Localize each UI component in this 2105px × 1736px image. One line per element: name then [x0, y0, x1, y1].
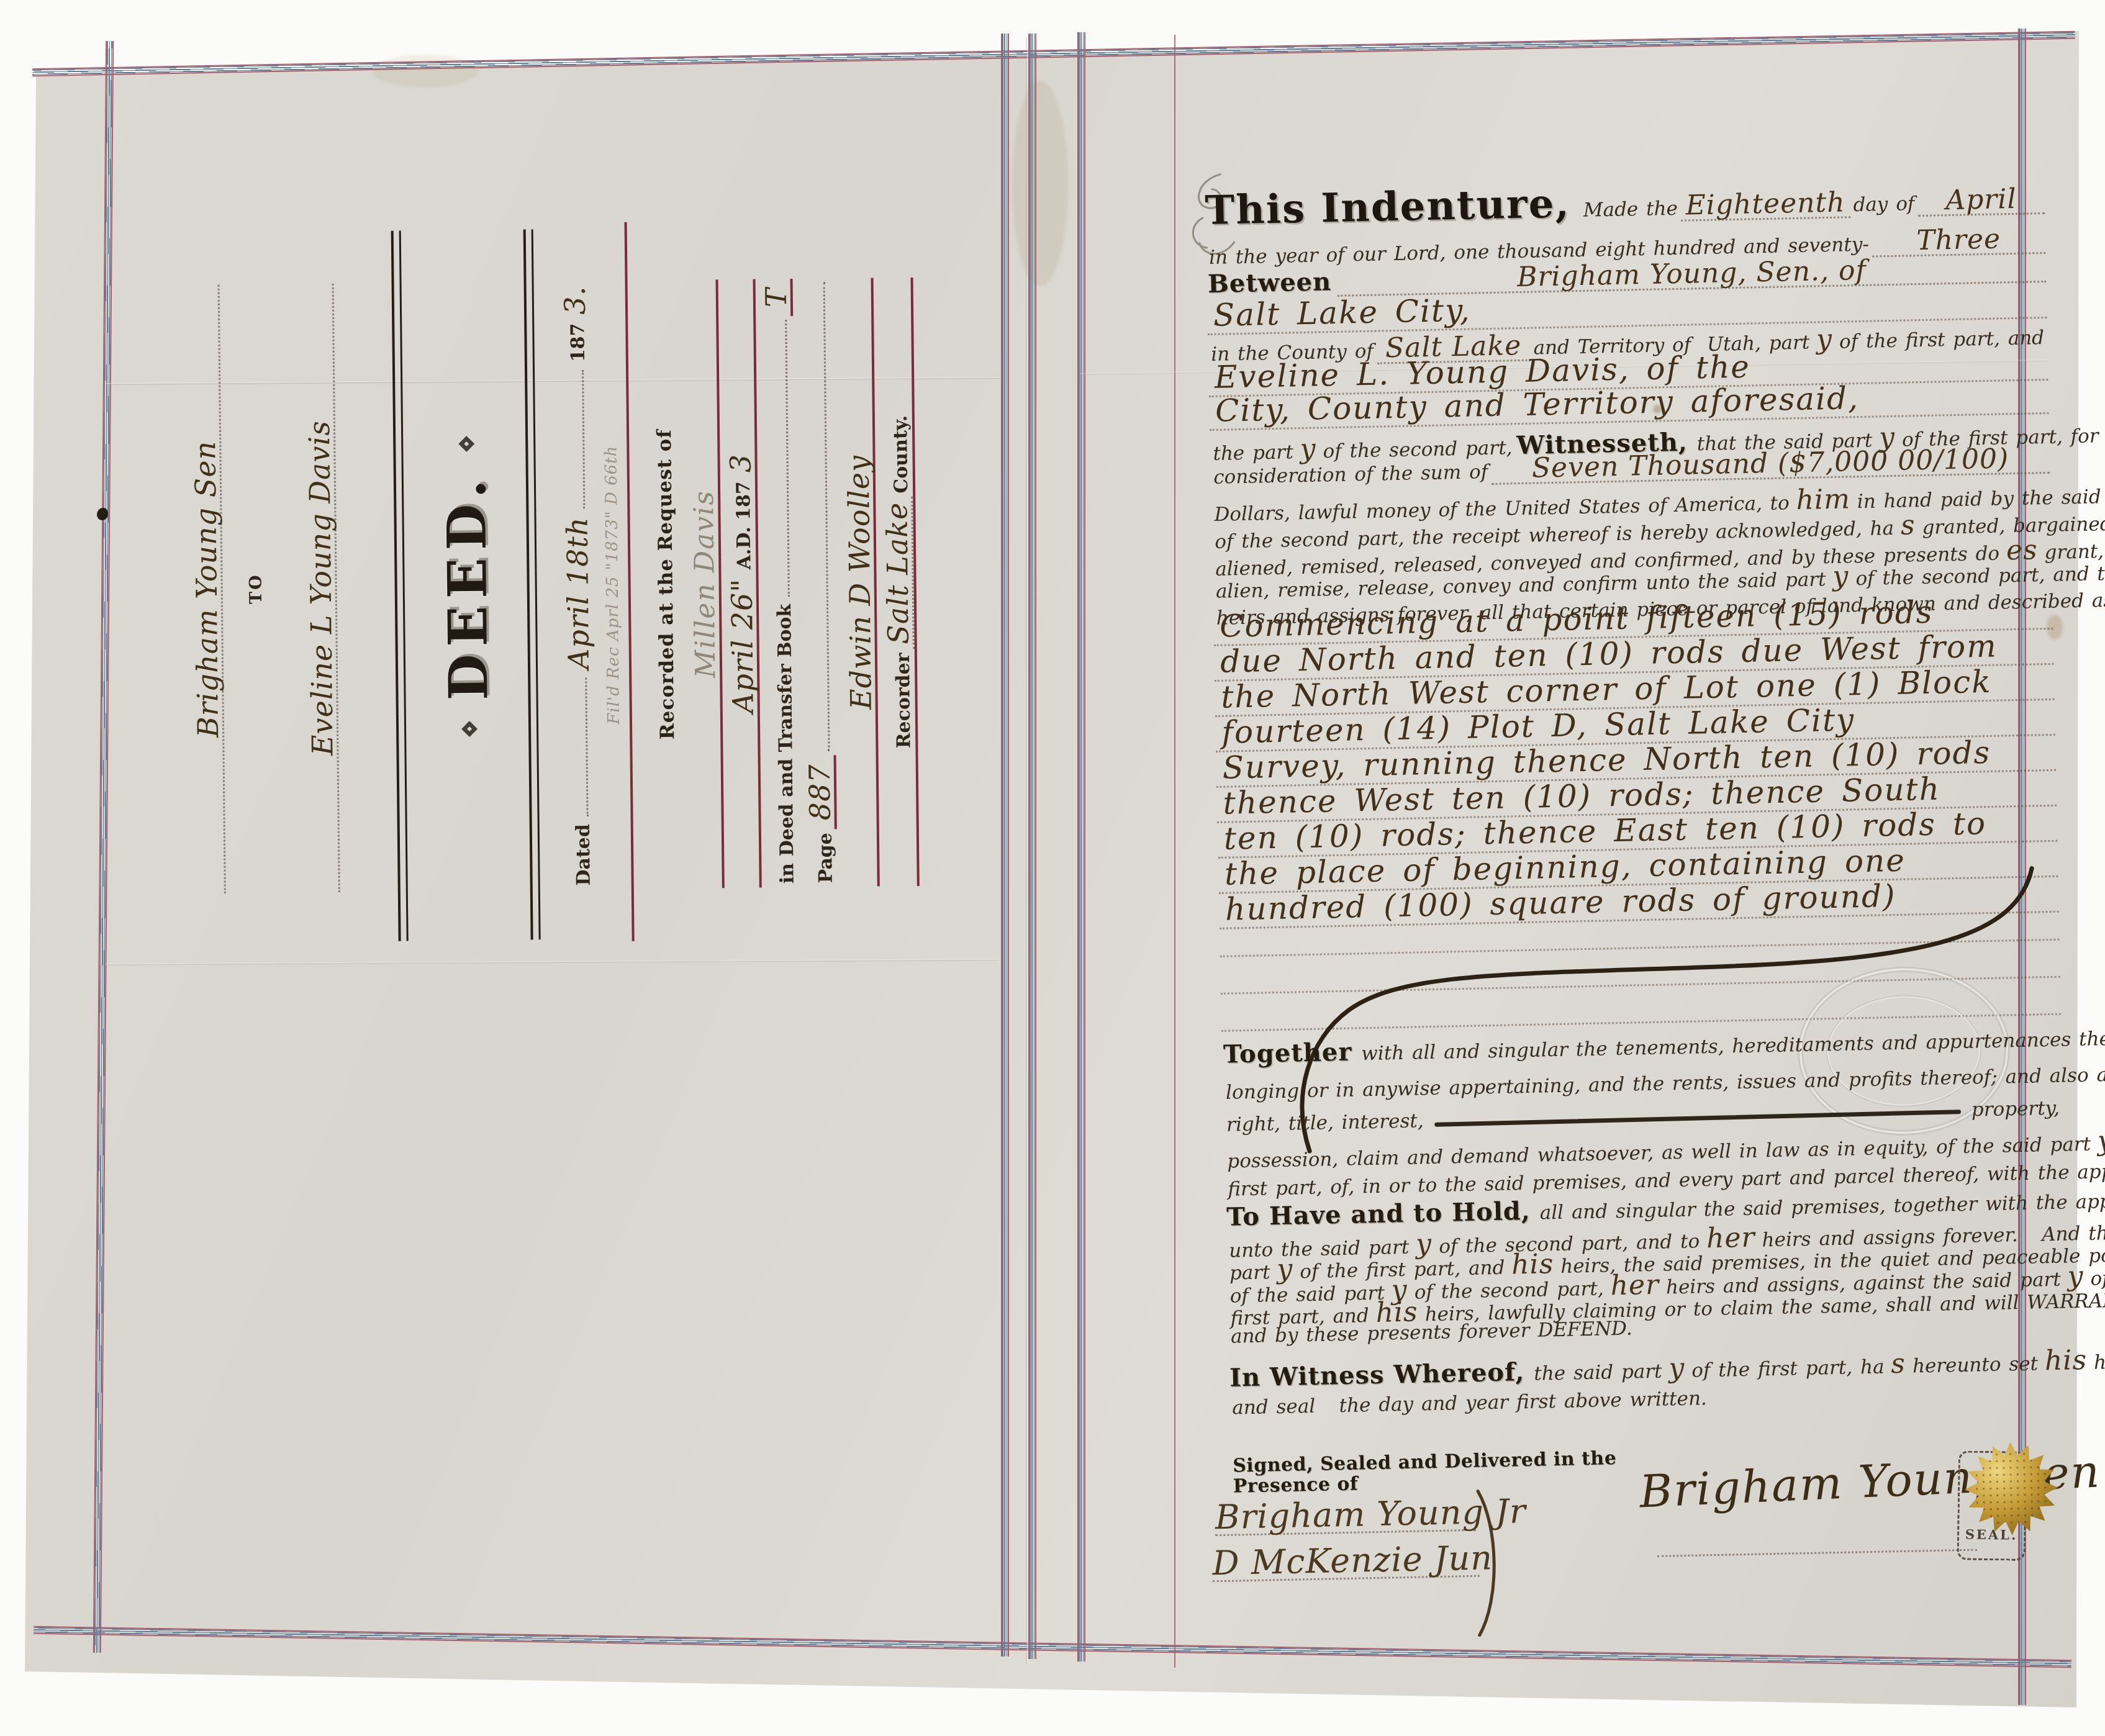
- witness-signature-1: Brigham Young Jr: [1215, 1492, 1476, 1536]
- border-rule: [1001, 34, 1009, 1657]
- text-segment: Eighteenth: [1680, 189, 1850, 221]
- text-segment: hereunto set: [1909, 1352, 2042, 1378]
- center-fold: [1026, 37, 1028, 1664]
- docket-title-row: DEED.: [419, 282, 518, 892]
- presence-label: Signed, Sealed and Delivered in the Pres…: [1233, 1448, 1618, 1496]
- text-segment: Fil'd Rec Aprl 25 "1873" D 66th: [603, 445, 622, 724]
- text-segment: Eveline L Young Davis: [305, 415, 337, 761]
- text-segment: 3.: [561, 281, 590, 319]
- text-segment: of the: [2087, 1266, 2105, 1291]
- docket-maroon-rule: [625, 222, 635, 941]
- text-segment: Edwin D Woolley: [844, 450, 875, 715]
- text-segment: property,: [1968, 1096, 2063, 1123]
- docket-book-row: in Deed and Transfer BookT: [761, 279, 799, 887]
- paper-stain: [373, 55, 478, 87]
- text-segment: T: [762, 279, 794, 316]
- text-segment: consideration of the sum of: [1210, 460, 1492, 490]
- deed-title: DEED.: [440, 454, 496, 718]
- text-segment: Recorder: [892, 649, 916, 752]
- text-segment: This Indenture,: [1205, 186, 1580, 229]
- docket-page-row: Page887: [799, 278, 838, 887]
- text-segment: the said part: [1531, 1360, 1665, 1386]
- docket-grantor: Brigham Young Sen: [166, 285, 226, 894]
- text-segment: of the first part, ha: [1688, 1355, 1888, 1383]
- printer-ornament-icon: [455, 433, 478, 455]
- text-segment: [823, 282, 830, 751]
- text-segment: 887: [805, 755, 837, 829]
- docket-dated-row: DatedApril 18th1873.: [550, 281, 595, 890]
- text-segment: hand: [2091, 1350, 2105, 1375]
- docket-recorder-signature: Edwin D Woolley: [836, 278, 880, 887]
- text-segment: of the second part, and to: [1852, 562, 2105, 591]
- border-rule: [1077, 32, 1085, 1661]
- docket-pencil-note: Fil'd Rec Aprl 25 "1873" D 66th: [593, 281, 624, 889]
- docket-panel: Brigham Young Sen TO Eveline L Young Dav…: [135, 196, 981, 962]
- text-segment: [585, 678, 588, 816]
- text-segment: his: [2041, 1347, 2091, 1375]
- witness-brace: [1473, 1488, 1503, 1638]
- text-segment: County.: [890, 412, 913, 497]
- text-segment: [785, 320, 790, 597]
- text-segment: y: [1829, 563, 1853, 590]
- text-segment: y: [1665, 1355, 1689, 1383]
- docket-to-label: TO: [235, 284, 269, 893]
- docket-grantee: Eveline L Young Davis: [280, 284, 340, 893]
- text-segment: Salt Lake: [882, 497, 915, 649]
- text-segment: In Witness Whereof,: [1228, 1360, 1531, 1391]
- text-segment: y: [2063, 1263, 2088, 1291]
- docket-recorder-row: RecorderSalt LakeCounty.: [876, 278, 920, 887]
- paper-stain: [1012, 81, 1068, 286]
- text-segment: s: [1887, 1350, 1909, 1378]
- text-segment: [582, 369, 585, 508]
- signature-line: [1657, 1549, 1977, 1557]
- text-segment: Three: [1872, 225, 2045, 258]
- witness-signature-2: D McKenzie Jun: [1212, 1538, 1480, 1583]
- text-segment: April: [1917, 185, 2045, 217]
- text-segment: in Deed and Transfer Book: [774, 600, 799, 888]
- docket-double-rule: [391, 231, 409, 941]
- text-segment: Together: [1222, 1039, 1359, 1067]
- text-segment: A.D. 187: [733, 477, 756, 574]
- docket-requestor: Millen Davis: [679, 279, 725, 888]
- ink-blot: [97, 508, 108, 520]
- deed-page: This Indenture,Made theEighteenthday ofA…: [1175, 20, 2079, 1676]
- text-segment: April 26": [727, 573, 757, 718]
- text-segment: 187: [567, 319, 590, 366]
- text-segment: in hand paid by the said part: [1854, 484, 2105, 514]
- docket-double-rule: [523, 229, 541, 939]
- text-segment: 3: [726, 449, 754, 478]
- text-segment: right, title, interest,: [1223, 1109, 1427, 1137]
- text-segment: Brigham Young Sen: [191, 436, 222, 743]
- text-segment: Page: [815, 829, 838, 887]
- text-segment: Dated: [573, 820, 595, 890]
- docket-recorded-date: April 26"A.D. 1873: [718, 279, 762, 888]
- text-segment: y: [2094, 1128, 2105, 1155]
- text-segment: him: [1792, 486, 1854, 514]
- text-segment: [1434, 1110, 1961, 1127]
- text-segment: day of: [1850, 192, 1918, 217]
- text-segment: April 18th: [563, 512, 593, 674]
- text-segment: To Have and to Hold,: [1225, 1199, 1537, 1230]
- text-segment: s: [1896, 512, 1919, 540]
- text-segment: Recorded at the Request of: [653, 429, 679, 739]
- text-segment: Made the: [1580, 197, 1681, 223]
- text-segment: Millen Davis: [690, 490, 720, 678]
- printer-ornament-icon: [458, 718, 481, 740]
- to-label: TO: [246, 573, 266, 604]
- docket-request-label: Recorded at the Request of: [648, 280, 681, 888]
- text-segment: Between: [1206, 269, 1338, 297]
- margin-line: [1174, 35, 1175, 1668]
- document-photo: Brigham Young Sen TO Eveline L Young Dav…: [0, 0, 2105, 1736]
